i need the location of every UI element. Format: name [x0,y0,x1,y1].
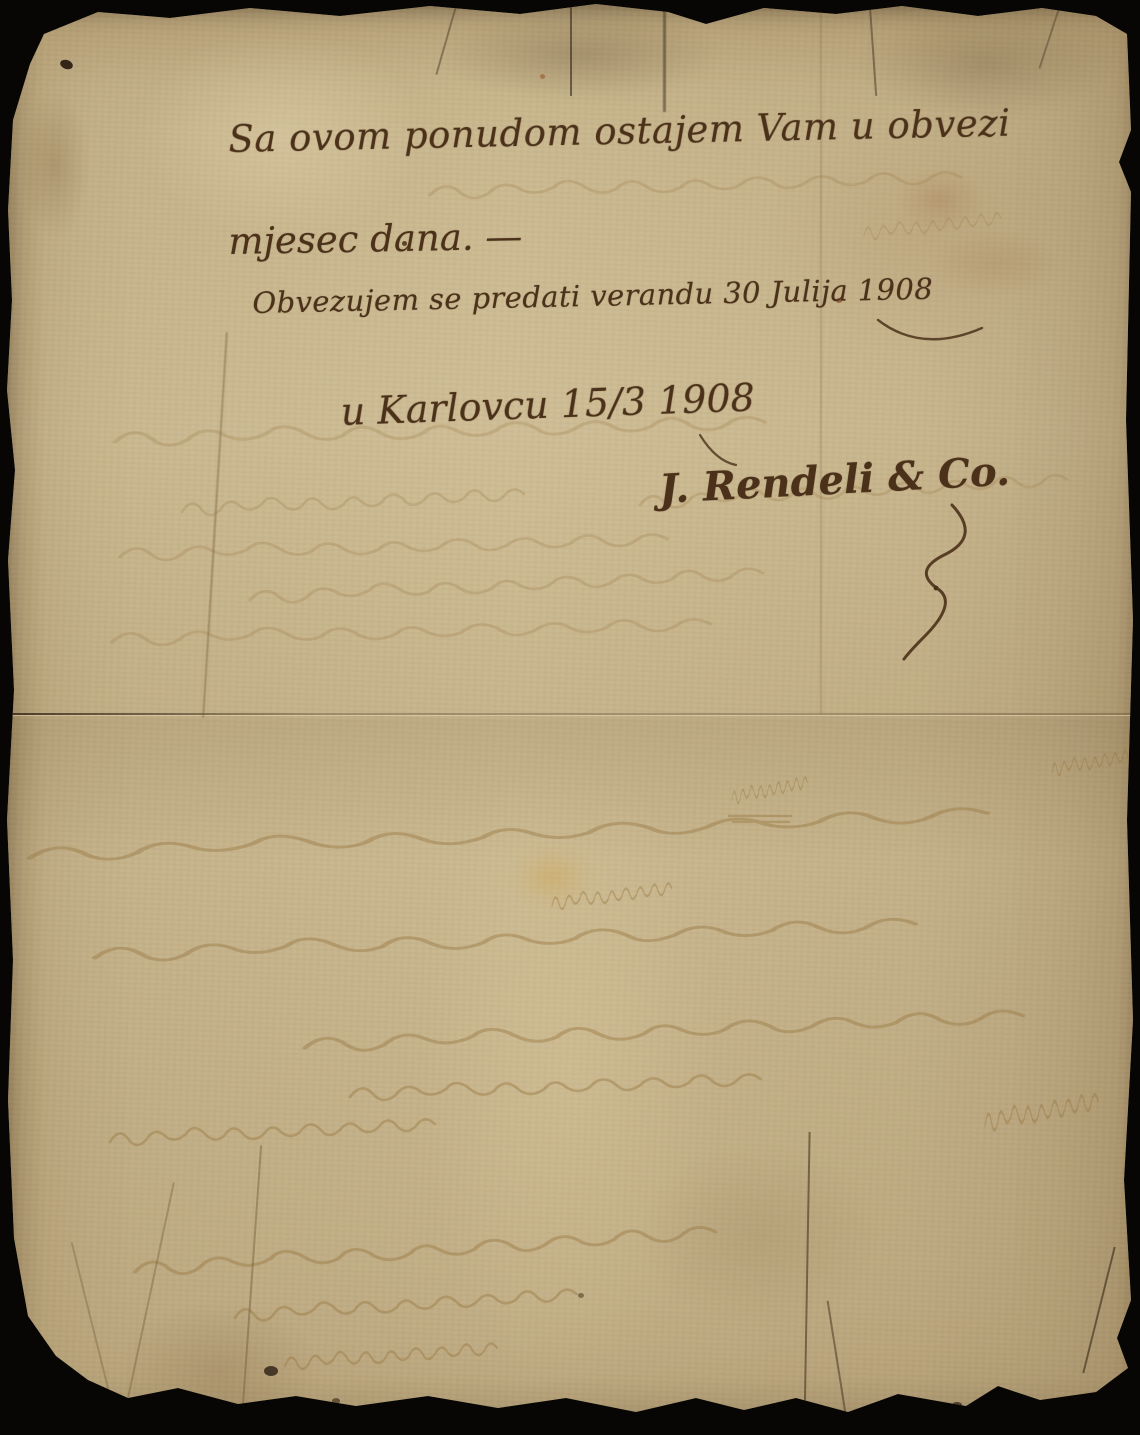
stain [895,168,985,232]
letter-line-1: Sa ovom ponudom ostajem Vam u obvezi [228,102,1011,161]
ink-speck [698,1406,714,1414]
stain [20,90,90,240]
letter-line-2: mjesec dana. — [228,215,523,263]
vertical-crease [202,332,228,717]
crumple-line [71,1242,112,1398]
letter-page: Sa ovom ponudom ostajem Vam u obvezi mje… [0,0,1140,1435]
stain [420,750,720,1390]
scan-background: Sa ovom ponudom ostajem Vam u obvezi mje… [0,0,1140,1435]
ink-speck [332,1398,340,1404]
stain [505,840,600,915]
crack [1082,1247,1115,1374]
paper-grain-texture [0,0,1140,1435]
letter-dateline: u Karlovcu 15/3 1908 [340,376,756,434]
signature: J. Rendeli & Co. [658,448,1011,513]
vertical-crease [663,0,666,112]
vertical-crease [570,0,572,96]
stain [640,1140,880,1330]
stain [440,10,720,100]
stain [120,1300,320,1435]
ink-speck [59,58,74,71]
crumple-line [869,4,877,96]
crumple-line [1038,9,1059,69]
paper-tone-shading [0,0,1140,1435]
ink-speck [540,74,545,79]
crack [827,1301,848,1420]
verso-bleedthrough-ink [0,0,1140,1435]
horizontal-fold-highlight [0,715,1140,716]
ink-speck [264,1366,278,1376]
ink-speck [578,1293,584,1298]
stain [930,228,1060,298]
vertical-crease [240,1145,262,1434]
ink-speck [952,1402,962,1408]
signature-flourish [0,0,1140,1435]
vertical-crease [803,1132,810,1432]
horizontal-fold-crease [0,713,1140,715]
letter-line-3: Obvezujem se predati verandu 30 Julija 1… [252,272,933,320]
crumple-line [127,1182,175,1398]
crumple-line [435,7,456,75]
